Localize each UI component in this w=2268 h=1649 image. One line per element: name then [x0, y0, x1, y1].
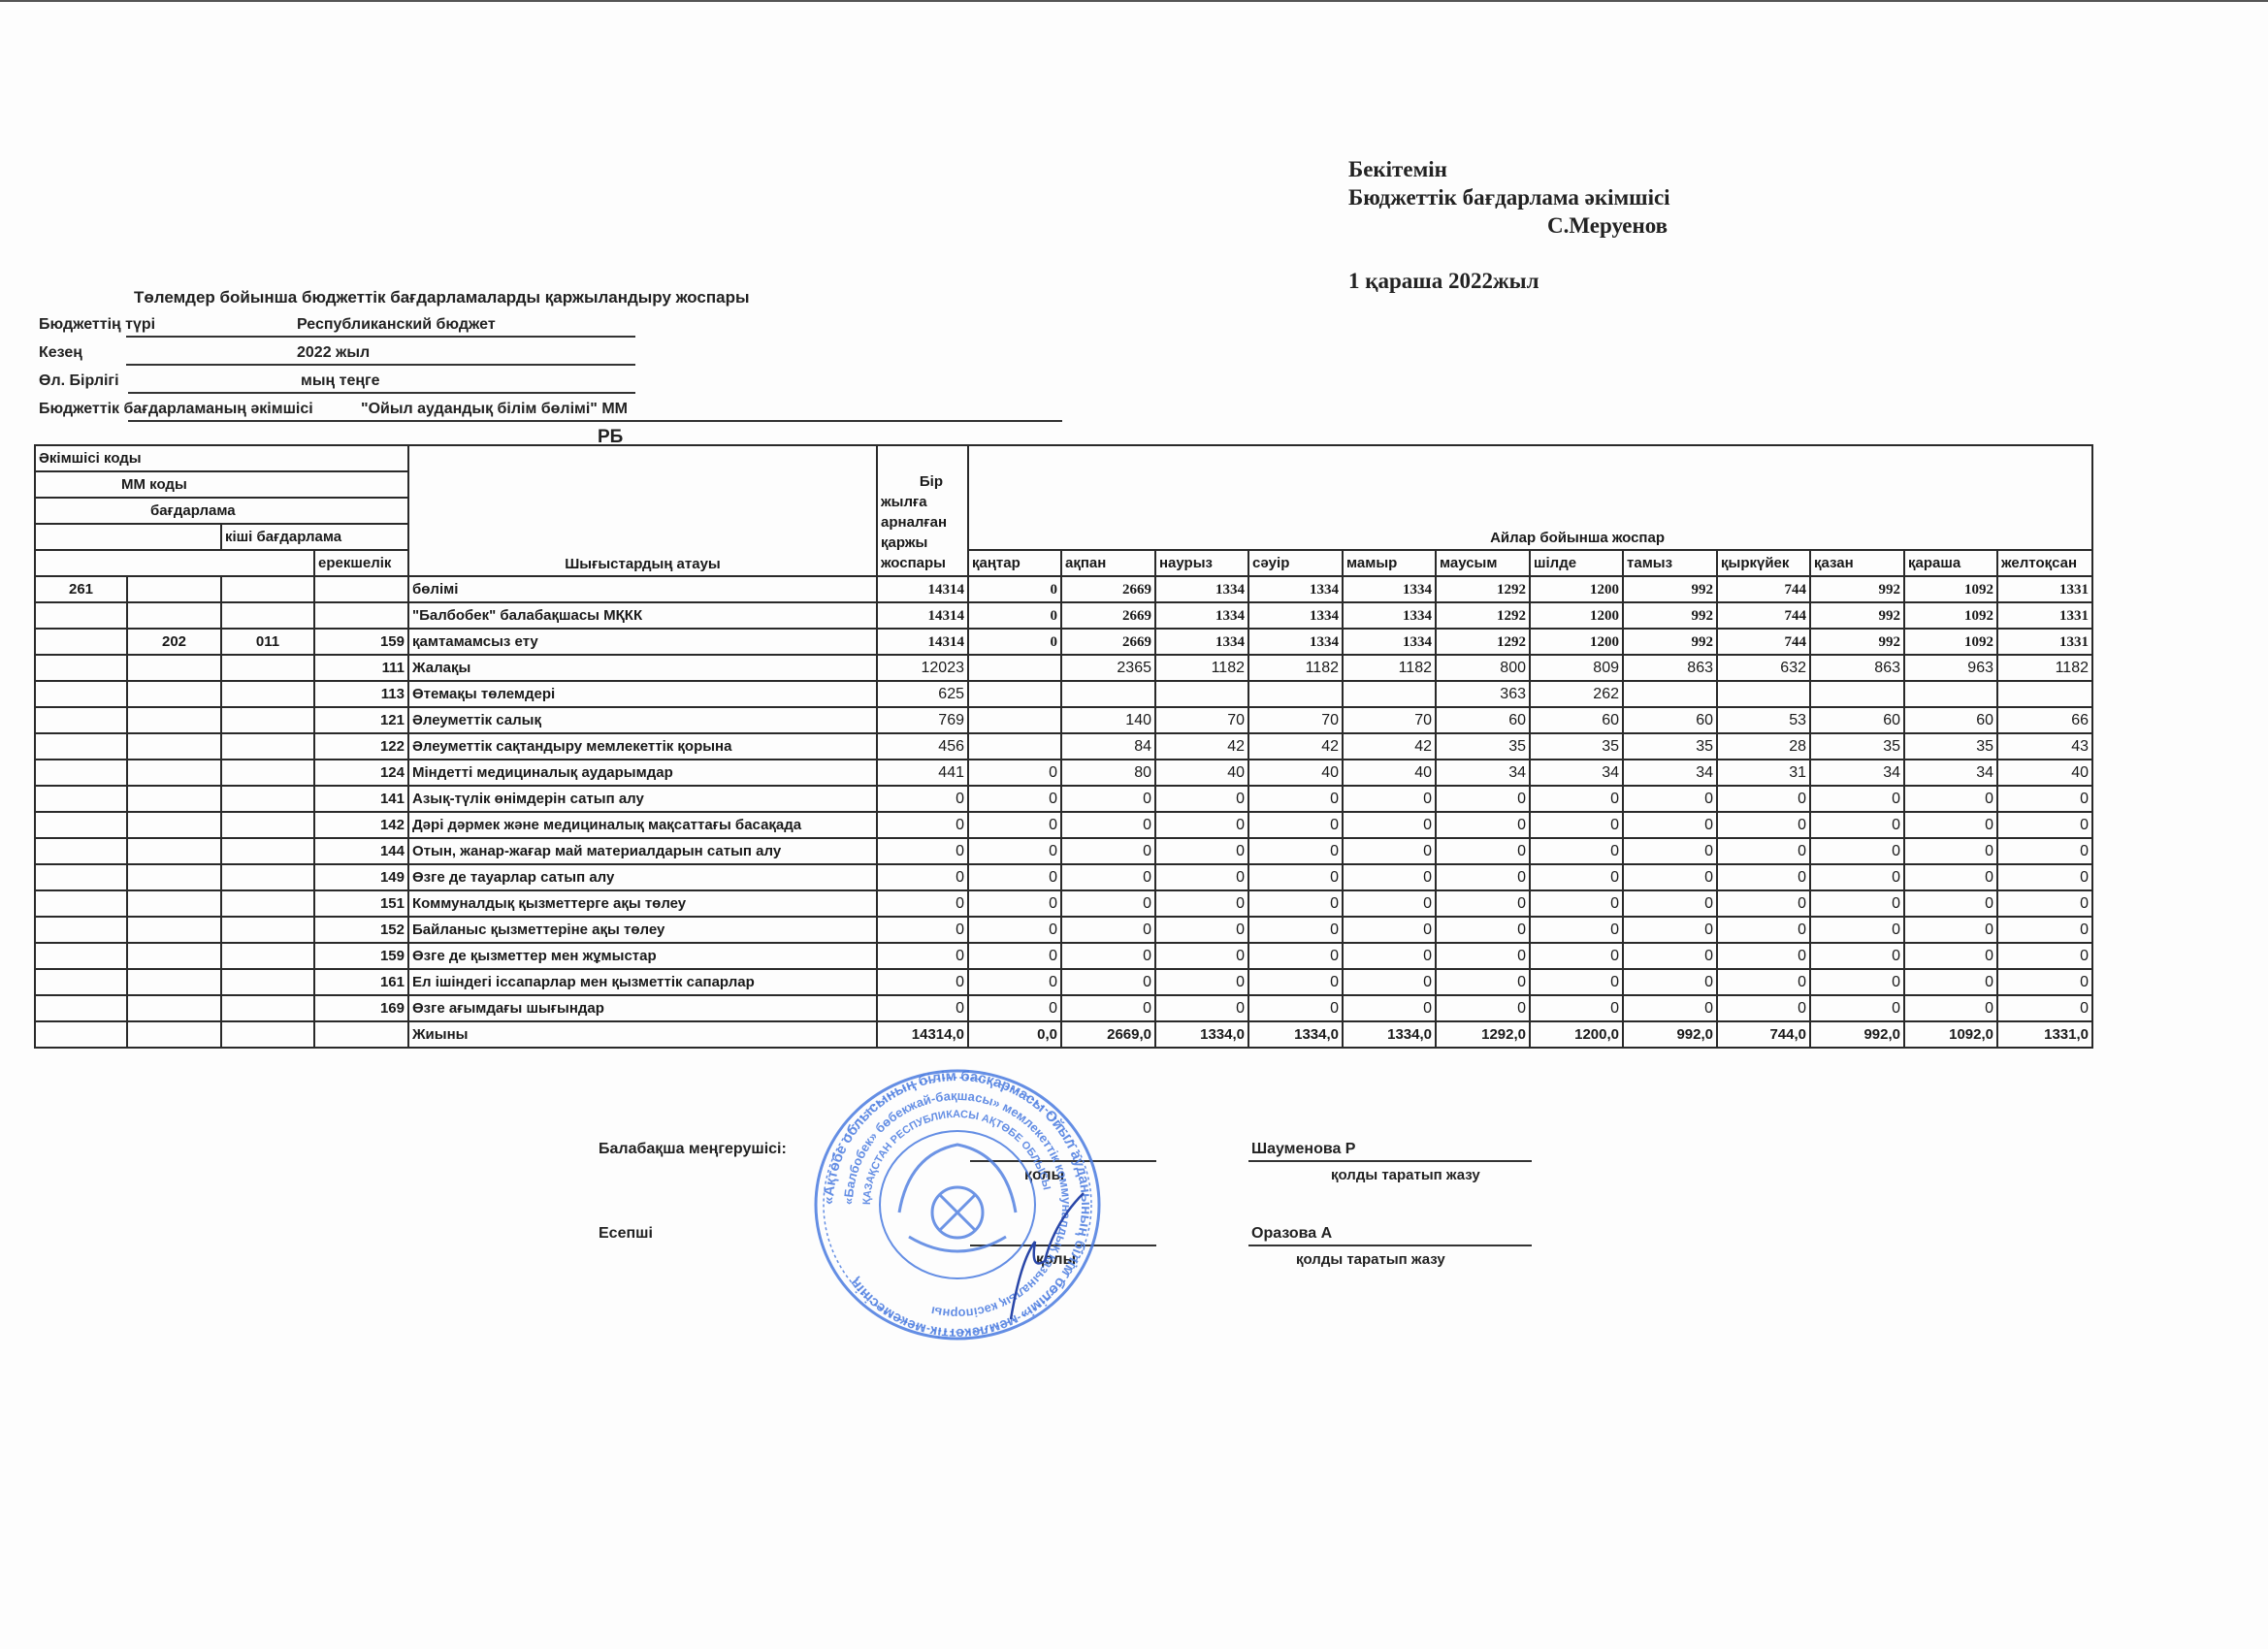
expense-name-cell: бөлімі	[408, 576, 877, 602]
month-value-cell: 0	[1997, 890, 2092, 917]
table-row: 141Азық-түлік өнімдерін сатып алу0000000…	[35, 786, 2092, 812]
month-value-cell: 35	[1436, 733, 1530, 760]
header-annual-plan: Бір жылға арналған қаржы жоспары	[877, 445, 968, 576]
month-value-cell: 1331	[1997, 629, 2092, 655]
month-value-cell: 0	[1623, 890, 1717, 917]
month-value-cell: 0	[1248, 812, 1343, 838]
month-value-cell: 0	[1717, 838, 1810, 864]
month-value-cell: 1092	[1904, 602, 1997, 629]
month-value-cell: 0	[1904, 786, 1997, 812]
month-value-cell: 0	[968, 917, 1061, 943]
month-value-cell: 992	[1623, 629, 1717, 655]
month-value-cell: 0	[968, 602, 1061, 629]
admin-code-cell	[35, 943, 127, 969]
specific-code-cell: 142	[314, 812, 408, 838]
admin-code-cell: 261	[35, 576, 127, 602]
mm-code-cell	[127, 602, 221, 629]
meta-value: "Ойыл аудандық білім бөлімі" ММ	[361, 401, 628, 418]
month-value-cell: 0	[1436, 890, 1530, 917]
month-value-cell: 1182	[1997, 655, 2092, 681]
program-code-cell	[221, 812, 314, 838]
expense-name-cell: Міндетті медициналық аударымдар	[408, 760, 877, 786]
month-value-cell: 60	[1810, 707, 1904, 733]
program-code-cell	[221, 760, 314, 786]
month-value-cell: 42	[1155, 733, 1248, 760]
table-row: 161Ел ішіндегі іссапарлар мен қызметтік …	[35, 969, 2092, 995]
month-value-cell: 0	[1717, 969, 1810, 995]
month-value-cell: 0	[1248, 995, 1343, 1021]
admin-code-cell	[35, 707, 127, 733]
month-value-cell: 42	[1343, 733, 1436, 760]
month-value-cell: 0	[1530, 917, 1623, 943]
annual-total-cell: 769	[877, 707, 968, 733]
month-value-cell: 0	[1155, 864, 1248, 890]
month-value-cell	[1717, 681, 1810, 707]
admin-code-cell	[35, 681, 127, 707]
month-value-cell: 0	[1061, 995, 1155, 1021]
annual-total-cell: 14314	[877, 576, 968, 602]
program-code-cell	[221, 917, 314, 943]
month-value-cell: 0	[1248, 917, 1343, 943]
expense-name-cell: Ел ішіндегі іссапарлар мен қызметтік сап…	[408, 969, 877, 995]
mm-code-cell	[127, 995, 221, 1021]
specific-code-cell: 169	[314, 995, 408, 1021]
program-code-cell	[221, 602, 314, 629]
specific-code-cell: 152	[314, 917, 408, 943]
header-month: сәуір	[1248, 550, 1343, 576]
admin-code-cell	[35, 864, 127, 890]
month-value-cell: 35	[1623, 733, 1717, 760]
month-value-cell: 40	[1997, 760, 2092, 786]
month-total-cell: 1292,0	[1436, 1021, 1530, 1048]
month-value-cell: 0	[1997, 917, 2092, 943]
header-month: қыркүйек	[1717, 550, 1810, 576]
month-value-cell: 0	[1155, 969, 1248, 995]
mm-code-cell	[127, 760, 221, 786]
total-row: Жиыны14314,00,02669,01334,01334,01334,01…	[35, 1021, 2092, 1048]
table-row: 121Әлеуметтік салық769140707070606060536…	[35, 707, 2092, 733]
specific-code-cell: 121	[314, 707, 408, 733]
program-code-cell	[221, 707, 314, 733]
month-value-cell: 0	[1717, 864, 1810, 890]
header-month: ақпан	[1061, 550, 1155, 576]
mm-code-cell	[127, 812, 221, 838]
mm-code-cell	[127, 733, 221, 760]
annual-total-cell: 0	[877, 995, 968, 1021]
month-value-cell: 863	[1810, 655, 1904, 681]
month-value-cell: 0	[1623, 995, 1717, 1021]
month-value-cell: 0	[1343, 917, 1436, 943]
svg-text:«Балбобек» бөбекжай-бақшасы» м: «Балбобек» бөбекжай-бақшасы» мемлекеттік…	[841, 1088, 1074, 1321]
month-value-cell: 1331	[1997, 602, 2092, 629]
month-value-cell: 0	[968, 995, 1061, 1021]
month-value-cell: 0	[1904, 890, 1997, 917]
month-value-cell: 1334	[1248, 576, 1343, 602]
month-value-cell: 800	[1436, 655, 1530, 681]
month-value-cell: 34	[1530, 760, 1623, 786]
month-value-cell: 0	[1810, 917, 1904, 943]
specific-code-cell: 161	[314, 969, 408, 995]
month-value-cell: 70	[1155, 707, 1248, 733]
month-value-cell: 2669	[1061, 629, 1155, 655]
table-row: 151Коммуналдық қызметтерге ақы төлеу0000…	[35, 890, 2092, 917]
meta-value: мың теңге	[301, 372, 380, 390]
specific-code-cell: 122	[314, 733, 408, 760]
month-total-cell: 1334,0	[1155, 1021, 1248, 1048]
month-value-cell: 80	[1061, 760, 1155, 786]
specific-code-cell: 141	[314, 786, 408, 812]
month-value-cell: 60	[1436, 707, 1530, 733]
month-value-cell: 0	[1717, 890, 1810, 917]
month-value-cell: 0	[1717, 812, 1810, 838]
month-value-cell: 53	[1717, 707, 1810, 733]
month-value-cell: 0	[1904, 864, 1997, 890]
mm-code-cell	[127, 786, 221, 812]
program-code-cell	[221, 943, 314, 969]
document-title: Төлемдер бойынша бюджеттік бағдарламалар…	[134, 288, 750, 307]
specific-code-cell: 124	[314, 760, 408, 786]
month-total-cell: 2669,0	[1061, 1021, 1155, 1048]
month-value-cell: 992	[1810, 602, 1904, 629]
month-value-cell: 1334	[1343, 576, 1436, 602]
month-value-cell: 2669	[1061, 602, 1155, 629]
mm-code-cell: 202	[127, 629, 221, 655]
expense-name-cell: Дәрі дәрмек және медициналық мақсаттағы …	[408, 812, 877, 838]
month-value-cell: 1200	[1530, 602, 1623, 629]
month-value-cell	[1248, 681, 1343, 707]
month-value-cell: 70	[1343, 707, 1436, 733]
month-value-cell	[1061, 681, 1155, 707]
mm-code-cell	[127, 969, 221, 995]
admin-code-cell	[35, 602, 127, 629]
month-value-cell: 0	[1343, 995, 1436, 1021]
month-value-cell	[968, 733, 1061, 760]
month-value-cell: 0	[1717, 917, 1810, 943]
header-annual-plan-text: жылға арналған қаржы жоспары	[881, 494, 947, 571]
annual-total-cell: 0	[877, 943, 968, 969]
month-value-cell: 31	[1717, 760, 1810, 786]
specific-code-cell: 111	[314, 655, 408, 681]
empty-cell	[221, 1021, 314, 1048]
specific-code-cell: 159	[314, 943, 408, 969]
month-value-cell: 0	[968, 760, 1061, 786]
meta-value: 2022 жыл	[297, 344, 370, 362]
month-value-cell: 0	[1810, 943, 1904, 969]
month-value-cell	[1904, 681, 1997, 707]
program-code-cell	[221, 890, 314, 917]
month-value-cell: 0	[1248, 943, 1343, 969]
mm-code-cell	[127, 655, 221, 681]
month-value-cell: 0	[1530, 838, 1623, 864]
approval-name: С.Меруенов	[1348, 211, 1670, 240]
month-value-cell: 1200	[1530, 576, 1623, 602]
expense-name-cell: Әлеуметтік сақтандыру мемлекеттік қорына	[408, 733, 877, 760]
month-value-cell: 40	[1248, 760, 1343, 786]
month-value-cell: 632	[1717, 655, 1810, 681]
month-value-cell: 1292	[1436, 602, 1530, 629]
month-value-cell: 43	[1997, 733, 2092, 760]
program-code-cell	[221, 733, 314, 760]
expense-name-cell: Әлеуметтік салық	[408, 707, 877, 733]
month-value-cell: 0	[1343, 969, 1436, 995]
expense-name-cell: Коммуналдық қызметтерге ақы төлеу	[408, 890, 877, 917]
month-value-cell: 0	[1248, 838, 1343, 864]
month-value-cell	[968, 681, 1061, 707]
annual-total-cell: 456	[877, 733, 968, 760]
specific-code-cell: 149	[314, 864, 408, 890]
month-value-cell: 0	[1343, 786, 1436, 812]
header-month: наурыз	[1155, 550, 1248, 576]
admin-code-cell	[35, 733, 127, 760]
month-value-cell: 863	[1623, 655, 1717, 681]
month-value-cell: 0	[1997, 995, 2092, 1021]
month-value-cell: 0	[1997, 943, 2092, 969]
month-value-cell: 0	[1997, 786, 2092, 812]
stamp-inner-text: «Балбобек» бөбекжай-бақшасы» мемлекеттік…	[841, 1088, 1074, 1321]
month-value-cell: 0	[1530, 995, 1623, 1021]
month-value-cell: 1092	[1904, 629, 1997, 655]
header-month: шілде	[1530, 550, 1623, 576]
accountant-name: Оразова А	[1251, 1225, 1332, 1243]
month-value-cell: 0	[968, 969, 1061, 995]
month-value-cell: 0	[1155, 890, 1248, 917]
annual-total-cell: 0	[877, 786, 968, 812]
month-value-cell: 0	[968, 890, 1061, 917]
month-value-cell: 0	[1061, 943, 1155, 969]
official-stamp-icon: «Ақтөбе облысының білім басқармасы Ойыл …	[807, 1067, 1108, 1343]
month-value-cell: 0	[1436, 943, 1530, 969]
month-value-cell: 1334	[1343, 629, 1436, 655]
table-row: 111Жалақы1202323651182118211828008098636…	[35, 655, 2092, 681]
month-value-cell: 1292	[1436, 576, 1530, 602]
header-month: қазан	[1810, 550, 1904, 576]
month-value-cell: 0	[1248, 969, 1343, 995]
month-total-cell: 992,0	[1623, 1021, 1717, 1048]
month-value-cell: 0	[1904, 943, 1997, 969]
month-value-cell: 0	[1436, 864, 1530, 890]
month-value-cell: 992	[1810, 629, 1904, 655]
mm-code-cell	[127, 890, 221, 917]
meta-label: Бюджеттік бағдарламаның әкімшісі	[39, 401, 313, 418]
expense-name-cell: Өзге де қызметтер мен жұмыстар	[408, 943, 877, 969]
month-value-cell: 0	[1343, 864, 1436, 890]
expense-name-cell: Байланыс қызметтеріне ақы төлеу	[408, 917, 877, 943]
month-total-cell: 1334,0	[1248, 1021, 1343, 1048]
expense-name-cell: Отын, жанар-жағар май материалдарын саты…	[408, 838, 877, 864]
month-value-cell: 0	[1436, 786, 1530, 812]
annual-total-cell: 14314	[877, 602, 968, 629]
empty-cell	[127, 1021, 221, 1048]
table-row: 169Өзге ағымдағы шығындар0000000000000	[35, 995, 2092, 1021]
mm-code-cell	[127, 707, 221, 733]
table-row: 124Міндетті медициналық аударымдар441080…	[35, 760, 2092, 786]
month-total-cell: 744,0	[1717, 1021, 1810, 1048]
month-value-cell: 744	[1717, 629, 1810, 655]
month-value-cell: 0	[1904, 812, 1997, 838]
month-total-cell: 1334,0	[1343, 1021, 1436, 1048]
month-value-cell: 1092	[1904, 576, 1997, 602]
month-value-cell: 992	[1810, 576, 1904, 602]
month-value-cell: 0	[1343, 890, 1436, 917]
month-value-cell: 0	[1997, 864, 2092, 890]
month-value-cell: 0	[1997, 969, 2092, 995]
month-value-cell: 0	[1810, 838, 1904, 864]
month-value-cell: 262	[1530, 681, 1623, 707]
admin-code-cell	[35, 786, 127, 812]
month-value-cell: 0	[1155, 786, 1248, 812]
month-value-cell: 0	[1623, 969, 1717, 995]
meta-value: Республиканский бюджет	[297, 316, 496, 334]
annual-total-cell: 12023	[877, 655, 968, 681]
month-value-cell: 0	[1530, 864, 1623, 890]
header-month: мамыр	[1343, 550, 1436, 576]
specific-code-cell: 144	[314, 838, 408, 864]
admin-code-cell	[35, 655, 127, 681]
month-value-cell: 0	[1436, 917, 1530, 943]
month-value-cell: 0	[1717, 786, 1810, 812]
month-value-cell: 0	[1717, 995, 1810, 1021]
empty-cell	[314, 1021, 408, 1048]
expense-name-cell: Өтемақы төлемдері	[408, 681, 877, 707]
specific-code-cell: 113	[314, 681, 408, 707]
month-value-cell: 0	[1623, 786, 1717, 812]
month-value-cell: 0	[1155, 812, 1248, 838]
month-total-cell: 992,0	[1810, 1021, 1904, 1048]
expense-name-cell: қамтамамсыз ету	[408, 629, 877, 655]
table-row: 144Отын, жанар-жағар май материалдарын с…	[35, 838, 2092, 864]
month-value-cell: 744	[1717, 576, 1810, 602]
month-value-cell: 34	[1436, 760, 1530, 786]
expense-name-cell: Өзге де тауарлар сатып алу	[408, 864, 877, 890]
table-row: 159Өзге де қызметтер мен жұмыстар0000000…	[35, 943, 2092, 969]
month-value-cell: 1182	[1248, 655, 1343, 681]
total-label-cell: Жиыны	[408, 1021, 877, 1048]
month-value-cell: 1334	[1248, 602, 1343, 629]
table-row: 122Әлеуметтік сақтандыру мемлекеттік қор…	[35, 733, 2092, 760]
month-value-cell: 0	[1061, 838, 1155, 864]
month-value-cell: 1334	[1155, 629, 1248, 655]
month-value-cell: 1334	[1248, 629, 1343, 655]
month-value-cell: 0	[1343, 943, 1436, 969]
mm-code-cell	[127, 576, 221, 602]
month-value-cell: 0	[1810, 969, 1904, 995]
month-value-cell: 0	[1155, 995, 1248, 1021]
month-value-cell: 1334	[1155, 602, 1248, 629]
month-value-cell	[1343, 681, 1436, 707]
month-value-cell: 35	[1530, 733, 1623, 760]
month-value-cell: 0	[1623, 838, 1717, 864]
month-value-cell: 0	[1904, 969, 1997, 995]
accountant-name-caption: қолды таратып жазу	[1296, 1251, 1445, 1268]
specific-code-cell	[314, 576, 408, 602]
head-label: Балабақша меңгерушісі:	[599, 1141, 787, 1158]
annual-total-cell: 0	[877, 864, 968, 890]
month-value-cell: 0	[1904, 917, 1997, 943]
expense-name-cell: Жалақы	[408, 655, 877, 681]
annual-total-cell: 0	[877, 812, 968, 838]
meta-label: Кезең	[39, 344, 82, 362]
expense-name-cell: Өзге ағымдағы шығындар	[408, 995, 877, 1021]
month-value-cell: 0	[1248, 864, 1343, 890]
table-row: 261бөлімі1431402669133413341334129212009…	[35, 576, 2092, 602]
header-month: тамыз	[1623, 550, 1717, 576]
month-value-cell	[1810, 681, 1904, 707]
header-mm-code: ММ коды	[35, 471, 408, 498]
month-value-cell: 140	[1061, 707, 1155, 733]
table-row: 202011159қамтамамсыз ету1431402669133413…	[35, 629, 2092, 655]
month-value-cell: 809	[1530, 655, 1623, 681]
month-value-cell: 0	[1997, 838, 2092, 864]
header-admin-code: Әкімшісі коды	[35, 445, 408, 471]
mm-code-cell	[127, 943, 221, 969]
expense-name-cell: "Балбобек" балабақшасы МҚКК	[408, 602, 877, 629]
approval-position: Бюджеттік бағдарлама әкімшісі	[1348, 183, 1670, 211]
program-code-cell	[221, 864, 314, 890]
program-code-cell	[221, 655, 314, 681]
header-month: маусым	[1436, 550, 1530, 576]
annual-total-cell: 14314	[877, 629, 968, 655]
approval-date: 1 қараша 2022жыл	[1348, 267, 1670, 295]
month-value-cell: 0	[968, 943, 1061, 969]
admin-code-cell	[35, 917, 127, 943]
month-value-cell: 0	[1810, 812, 1904, 838]
month-total-cell: 1092,0	[1904, 1021, 1997, 1048]
month-value-cell: 0	[1436, 838, 1530, 864]
month-value-cell: 0	[1997, 812, 2092, 838]
head-name-caption: қолды таратып жазу	[1331, 1167, 1480, 1183]
annual-total-cell: 0	[877, 890, 968, 917]
month-value-cell: 0	[1061, 864, 1155, 890]
header-expense-name: Шығыстардың атауы	[408, 445, 877, 576]
month-value-cell: 1182	[1343, 655, 1436, 681]
month-value-cell: 0	[968, 864, 1061, 890]
month-value-cell: 744	[1717, 602, 1810, 629]
program-code-cell	[221, 969, 314, 995]
month-value-cell: 0	[1810, 995, 1904, 1021]
specific-code-cell: 159	[314, 629, 408, 655]
month-value-cell: 0	[1810, 864, 1904, 890]
month-value-cell: 0	[1810, 890, 1904, 917]
header-subprogram: кіші бағдарлама	[221, 524, 408, 550]
month-value-cell: 0	[1530, 943, 1623, 969]
month-total-cell: 1331,0	[1997, 1021, 2092, 1048]
mm-code-cell	[127, 864, 221, 890]
month-value-cell: 34	[1904, 760, 1997, 786]
accountant-label: Есепші	[599, 1225, 653, 1243]
mm-code-cell	[127, 681, 221, 707]
month-value-cell: 0	[1155, 838, 1248, 864]
admin-code-cell	[35, 760, 127, 786]
month-value-cell: 0	[1061, 890, 1155, 917]
admin-code-cell	[35, 812, 127, 838]
month-value-cell: 35	[1904, 733, 1997, 760]
annual-total-cell: 0	[877, 969, 968, 995]
meta-label: Бюджеттің түрі	[39, 316, 155, 334]
month-value-cell: 1334	[1343, 602, 1436, 629]
grand-total-cell: 14314,0	[877, 1021, 968, 1048]
month-value-cell: 70	[1248, 707, 1343, 733]
month-value-cell: 0	[1530, 969, 1623, 995]
month-value-cell: 963	[1904, 655, 1997, 681]
program-code-cell	[221, 786, 314, 812]
month-value-cell: 84	[1061, 733, 1155, 760]
annual-total-cell: 0	[877, 917, 968, 943]
admin-code-cell	[35, 629, 127, 655]
admin-code-cell	[35, 838, 127, 864]
month-value-cell: 0	[1061, 917, 1155, 943]
month-value-cell: 0	[1530, 786, 1623, 812]
month-value-cell: 1200	[1530, 629, 1623, 655]
